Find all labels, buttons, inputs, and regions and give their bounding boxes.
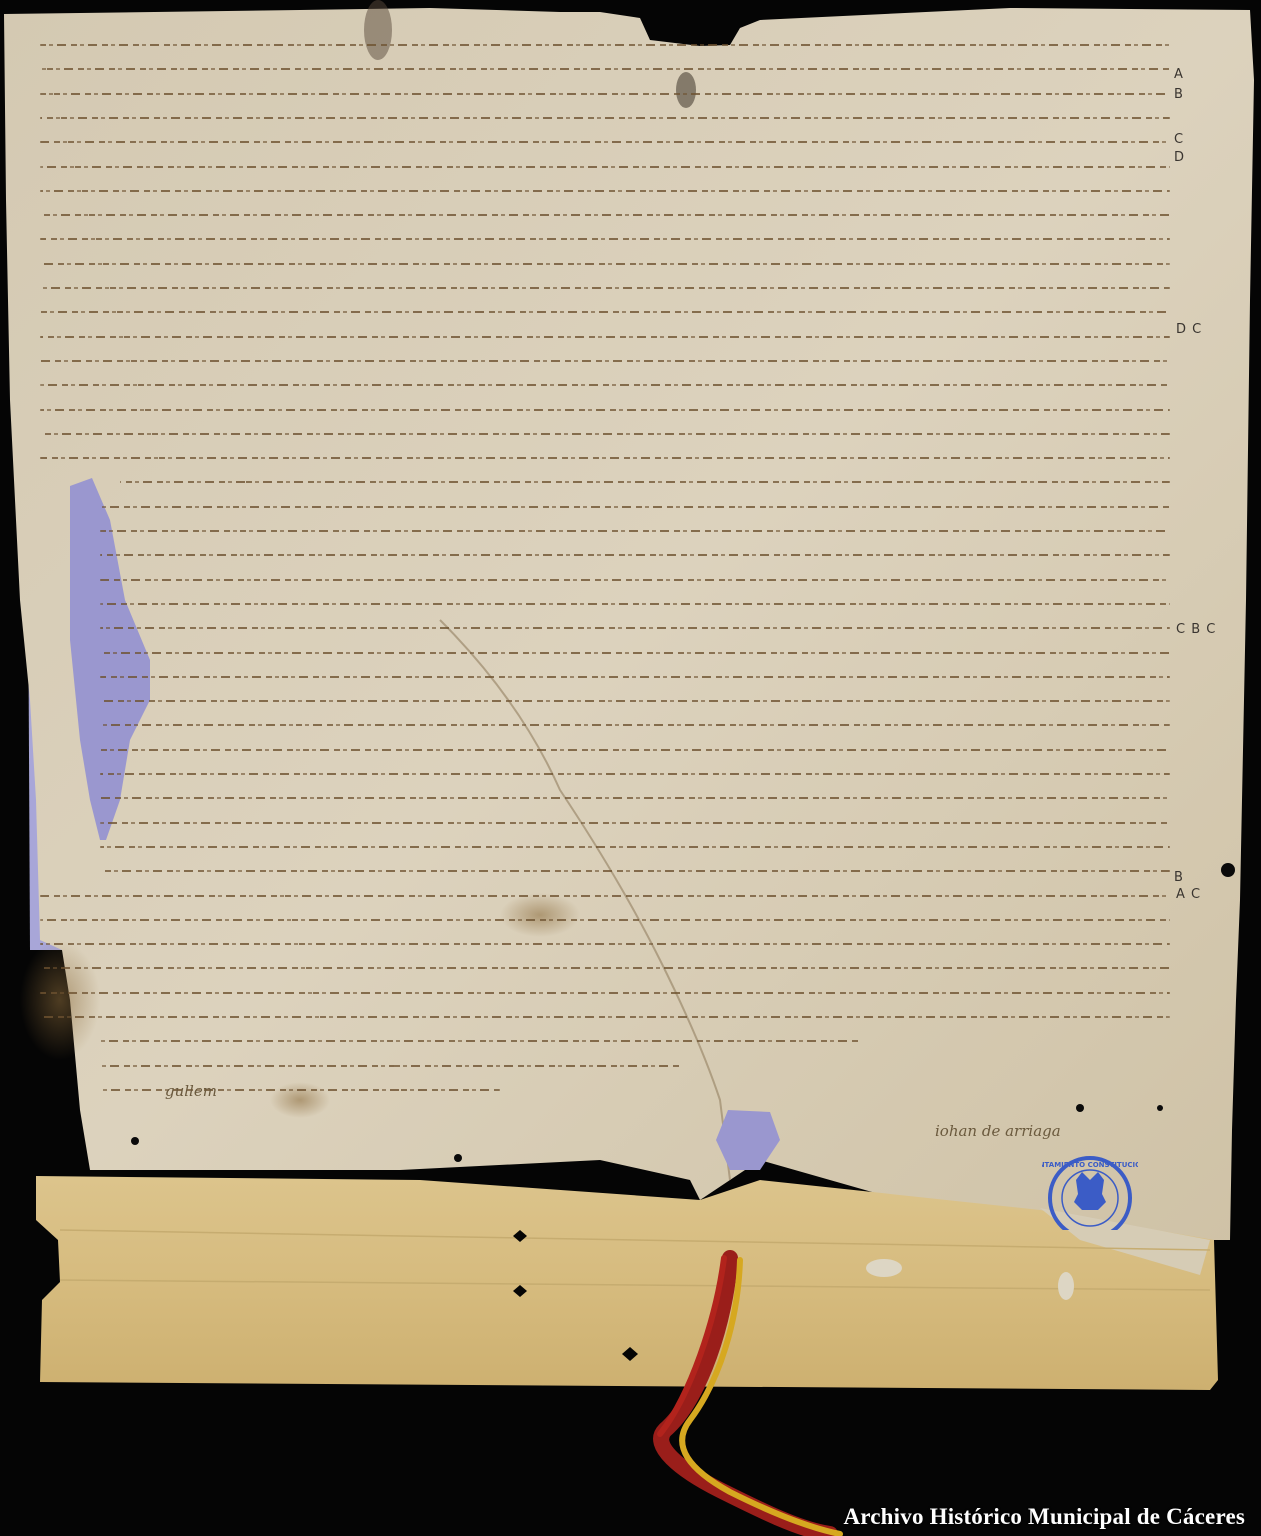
parchment-sheet <box>4 8 1254 1240</box>
margin-annotation: A <box>1174 67 1184 82</box>
margin-annotation: B <box>1174 870 1184 885</box>
margin-annotation: D <box>1174 150 1185 165</box>
margin-annotation: D C <box>1176 322 1202 337</box>
document-viewer: ABCDD CC B CBA C gullemiohan de arriaga … <box>0 0 1261 1536</box>
parchment-image <box>0 0 1261 1536</box>
signature: gullem <box>165 1082 217 1100</box>
margin-annotation: B <box>1174 87 1184 102</box>
archive-stamp: AYUNTAMIENTO CONSTITUCIONAL <box>1042 1150 1138 1230</box>
archive-caption: Archivo Histórico Municipal de Cáceres <box>843 1504 1245 1530</box>
stamp-text: AYUNTAMIENTO CONSTITUCIONAL <box>1042 1161 1138 1169</box>
margin-annotation: A C <box>1176 887 1201 902</box>
signature: iohan de arriaga <box>935 1122 1061 1140</box>
margin-annotation: C <box>1174 132 1184 147</box>
margin-annotation: C B C <box>1176 622 1216 637</box>
